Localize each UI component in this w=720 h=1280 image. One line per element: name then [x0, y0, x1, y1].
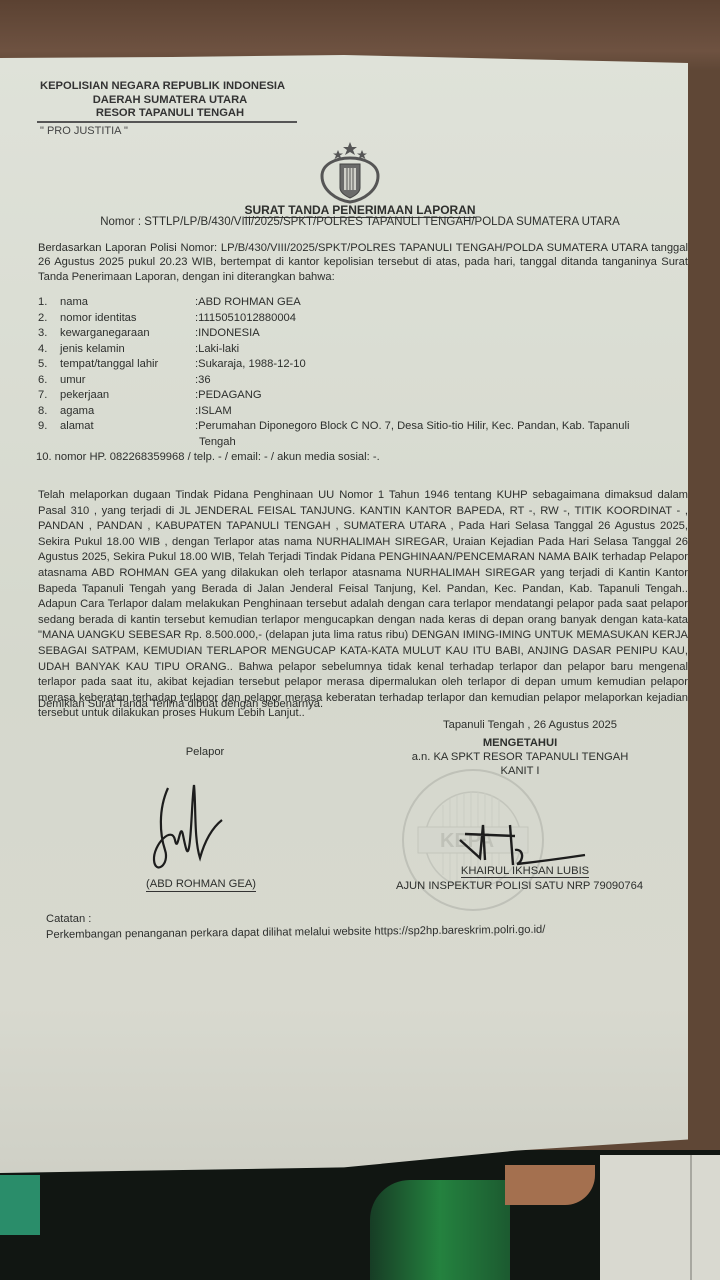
- background-object: [370, 1180, 510, 1280]
- identity-row: 4.jenis kelamin:Laki-laki: [38, 342, 688, 358]
- background-wall-edge: [690, 1155, 692, 1280]
- background-wall: [600, 1155, 720, 1280]
- background-object: [505, 1165, 595, 1205]
- reporter-name: (ABD ROHMAN GEA): [146, 877, 256, 892]
- report-body: Telah melaporkan dugaan Tindak Pidana Pe…: [38, 488, 688, 722]
- letterhead: KEPOLISIAN NEGARA REPUBLIK INDONESIA DAE…: [40, 80, 300, 121]
- letterhead-line: DAERAH SUMATERA UTARA: [40, 94, 300, 108]
- on-behalf-label: a.n. KA SPKT RESOR TAPANULI TENGAH: [400, 750, 640, 764]
- identity-row: 3.kewarganegaraan:INDONESIA: [38, 326, 688, 342]
- identity-row: 9.alamat:Perumahan Diponegoro Block C NO…: [38, 419, 688, 435]
- intro-paragraph: Berdasarkan Laporan Polisi Nomor: LP/B/4…: [38, 241, 688, 284]
- identity-row: 1.nama:ABD ROHMAN GEA: [38, 295, 688, 311]
- reporter-signature: [150, 780, 225, 880]
- letterhead-divider: [37, 121, 297, 123]
- identity-row: 7.pekerjaan:PEDAGANG: [38, 388, 688, 404]
- identity-list: 1.nama:ABD ROHMAN GEA 2.nomor identitas:…: [38, 295, 688, 466]
- police-emblem-icon: [314, 140, 386, 204]
- officer-name: KHAIRUL IKHSAN LUBIS: [420, 864, 630, 878]
- letterhead-line: KEPOLISIAN NEGARA REPUBLIK INDONESIA: [40, 80, 300, 94]
- identity-row: 2.nomor identitas:1115051012880004: [38, 311, 688, 327]
- place-date: Tapanuli Tengah , 26 Agustus 2025: [410, 718, 650, 732]
- closing-statement: Demikian Surat Tanda Terima dibuat denga…: [38, 697, 688, 711]
- note-label: Catatan :: [46, 912, 91, 926]
- identity-row: 6.umur:36: [38, 373, 688, 389]
- acknowledged-heading: MENGETAHUI: [400, 736, 640, 750]
- identity-row: 8.agama:ISLAM: [38, 404, 688, 420]
- identity-row: 5.tempat/tanggal lahir:Sukaraja, 1988-12…: [38, 357, 688, 373]
- letterhead-line: RESOR TAPANULI TENGAH: [40, 107, 300, 121]
- officer-rank: AJUN INSPEKTUR POLISI SATU NRP 79090764: [396, 879, 643, 893]
- officer-signature: [455, 820, 590, 870]
- pro-justitia-label: " PRO JUSTITIA ": [40, 124, 128, 138]
- reporter-role: Pelapor: [130, 745, 280, 759]
- document-number: Nomor : STTLP/LP/B/430/VIII/2025/SPKT/PO…: [0, 215, 720, 229]
- identity-row-continuation: Tengah: [38, 435, 688, 451]
- background-object: [0, 1175, 40, 1235]
- contact-line: 10. nomor HP. 082268359968 / telp. - / e…: [36, 450, 688, 466]
